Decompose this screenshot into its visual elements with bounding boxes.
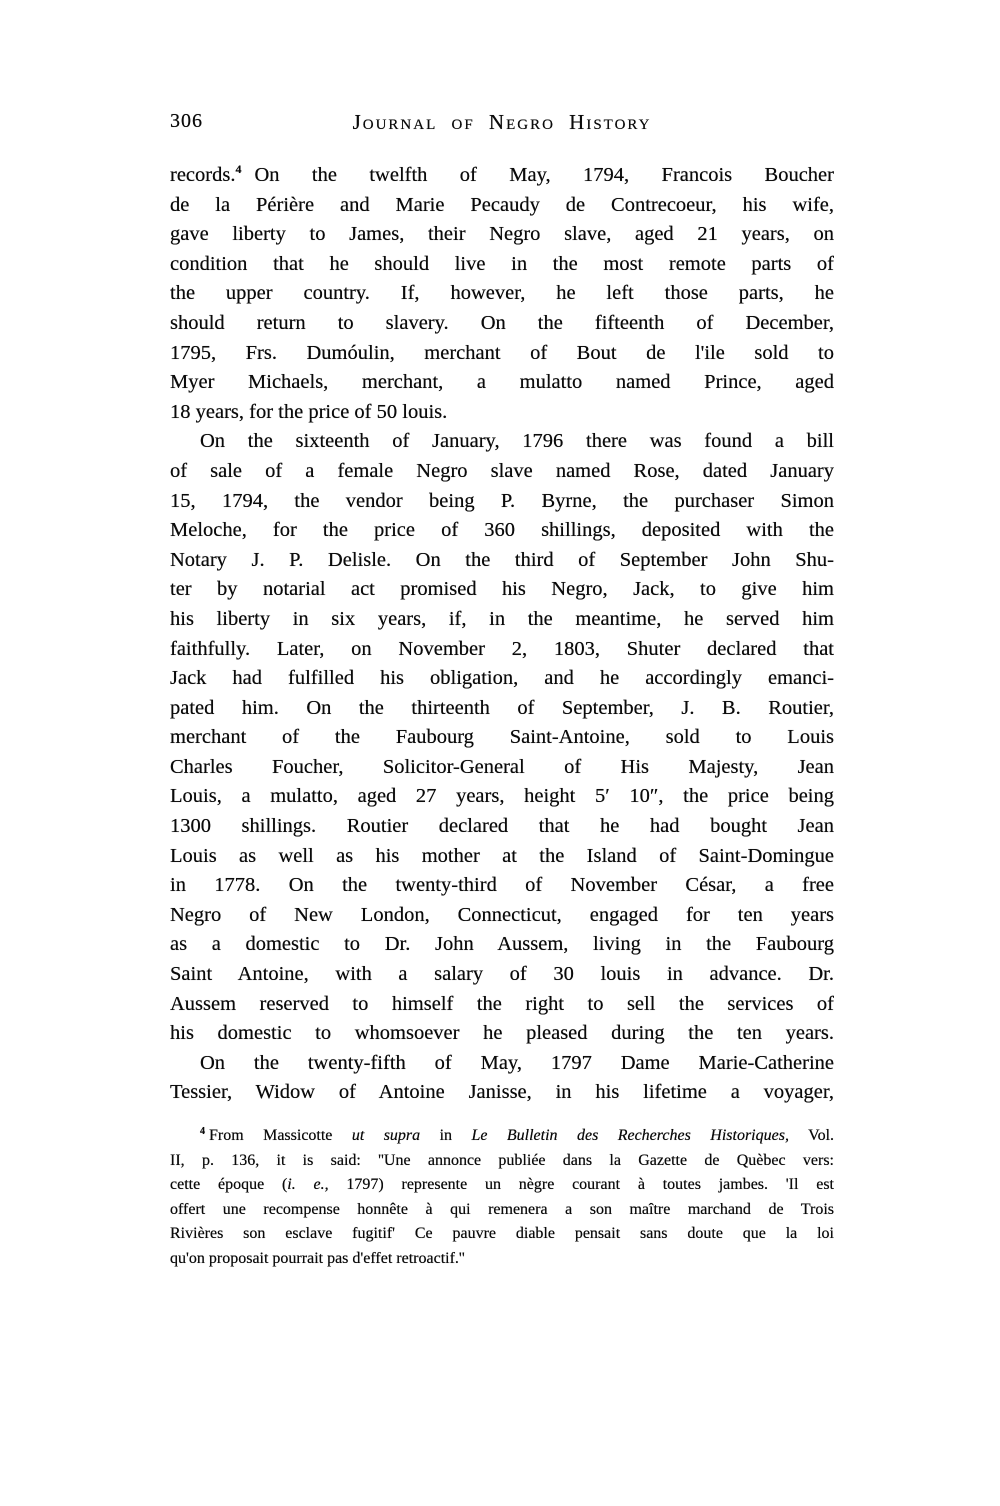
footnote-text: cette époque ( <box>170 1176 287 1193</box>
paragraph-2: On the sixteenth of January, 1796 there … <box>170 427 834 1048</box>
text-line: Meloche, for the price of 360 shillings,… <box>170 516 834 546</box>
text-line: pated him. On the thirteenth of Septembe… <box>170 694 834 724</box>
text-line: Louis, a mulatto, aged 27 years, height … <box>170 782 834 812</box>
journal-running-title: Journal of Negro History <box>170 110 834 135</box>
body-text: records.4On the twelfth of May, 1794, Fr… <box>170 161 834 1108</box>
text-line: ter by notarial act promised his Negro, … <box>170 575 834 605</box>
text-line: his domestic to whomsoever he pleased du… <box>170 1019 834 1049</box>
footnote-line: qu'on proposait pourrait pas d'effet ret… <box>170 1247 834 1272</box>
text-line: merchant of the Faubourg Saint-Antoine, … <box>170 723 834 753</box>
text-line: On the twenty-fifth of May, 1797 Dame Ma… <box>170 1049 834 1079</box>
text-line: as a domestic to Dr. John Aussem, living… <box>170 930 834 960</box>
text-line: Louis as well as his mother at the Islan… <box>170 842 834 872</box>
text-line: 18 years, for the price of 50 louis. <box>170 398 834 428</box>
text-line: Negro of New London, Connecticut, engage… <box>170 901 834 931</box>
text-line: in 1778. On the twenty-third of November… <box>170 871 834 901</box>
footnote-text: in <box>420 1127 471 1144</box>
text-line: Saint Antoine, with a salary of 30 louis… <box>170 960 834 990</box>
page-header: 306 Journal of Negro History <box>170 110 834 138</box>
footnote-ref-marker: 4 <box>235 162 241 176</box>
footnote-line: Rivières son esclave fugitif' Ce pauvre … <box>170 1222 834 1247</box>
text-line: Notary J. P. Delisle. On the third of Se… <box>170 546 834 576</box>
footnote-number: 4 <box>200 1126 205 1137</box>
text-line: de la Périère and Marie Pecaudy de Contr… <box>170 191 834 221</box>
footnote-italic-ie: i. e., <box>287 1176 328 1193</box>
text-line: 1795, Frs. Dumóulin, merchant of Bout de… <box>170 339 834 369</box>
page-number: 306 <box>170 110 203 133</box>
text-line: 1300 shillings. Routier declared that he… <box>170 812 834 842</box>
text-line: Jack had fulfilled his obligation, and h… <box>170 664 834 694</box>
text-line: On the sixteenth of January, 1796 there … <box>170 427 834 457</box>
lead-word: records. <box>170 164 235 186</box>
text-line: gave liberty to James, their Negro slave… <box>170 220 834 250</box>
text-line: Charles Foucher, Solicitor-General of Hi… <box>170 753 834 783</box>
text-line: Myer Michaels, merchant, a mulatto named… <box>170 368 834 398</box>
footnote-text: From Massicotte <box>209 1127 352 1144</box>
footnote-line: cette époque (i. e., 1797) represente un… <box>170 1173 834 1198</box>
text-line: Tessier, Widow of Antoine Janisse, in hi… <box>170 1078 834 1108</box>
text-line: condition that he should live in the mos… <box>170 250 834 280</box>
footnote-line: offert une recompense honnête à qui reme… <box>170 1198 834 1223</box>
footnote-text: Vol. <box>789 1127 834 1144</box>
footnote-italic-ut-supra: ut supra <box>352 1127 420 1144</box>
line-text: On the twelfth of May, 1794, Francois Bo… <box>254 164 834 186</box>
paragraph-1: records.4On the twelfth of May, 1794, Fr… <box>170 161 834 427</box>
footnote-line: 4From Massicotte ut supra in Le Bulletin… <box>170 1124 834 1149</box>
scanned-page: 306 Journal of Negro History records.4On… <box>0 0 1000 1506</box>
footnote-line: II, p. 136, it is said: ''Une annonce pu… <box>170 1149 834 1174</box>
text-line: of sale of a female Negro slave named Ro… <box>170 457 834 487</box>
text-line: 15, 1794, the vendor being P. Byrne, the… <box>170 487 834 517</box>
text-line: should return to slavery. On the fifteen… <box>170 309 834 339</box>
footnote: 4From Massicotte ut supra in Le Bulletin… <box>170 1124 834 1272</box>
paragraph-3: On the twenty-fifth of May, 1797 Dame Ma… <box>170 1049 834 1108</box>
text-line: his liberty in six years, if, in the mea… <box>170 605 834 635</box>
text-line: Aussem reserved to himself the right to … <box>170 990 834 1020</box>
footnote-text: 1797) represente un nègre courant à tout… <box>329 1176 834 1193</box>
text-line: faithfully. Later, on November 2, 1803, … <box>170 635 834 665</box>
text-line: the upper country. If, however, he left … <box>170 279 834 309</box>
footnote-italic-bulletin-title: Le Bulletin des Recherches Historiques, <box>471 1127 788 1144</box>
text-line: records.4On the twelfth of May, 1794, Fr… <box>170 161 834 191</box>
